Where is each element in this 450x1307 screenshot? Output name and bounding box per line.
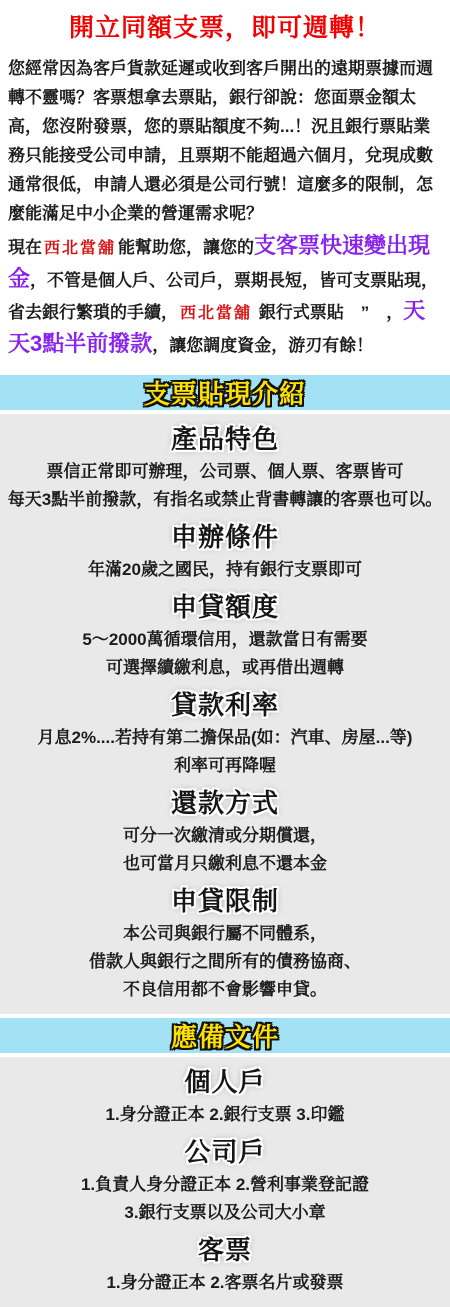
section-line: 本公司與銀行屬不同體系， [4,920,446,948]
documents-section: 個人戶 1.身分證正本 2.銀行支票 3.印鑑 公司戶 1.負責人身分證正本 2… [0,1057,450,1307]
section-line: 票信正常即可辦理，公司票、個人票、客票皆可 [4,458,446,486]
section-title-features: 產品特色 [0,424,450,455]
section-line: 1.身分證正本 2.銀行支票 3.印鑑 [4,1101,446,1129]
intro-band-title: 支票貼現介紹 [144,374,306,411]
section-line: 借款人與銀行之間所有的債務協商、 [4,948,446,976]
brand-name: 西北當舖 [178,305,254,322]
section-title-loan-amount: 申貸額度 [0,592,450,623]
section-line: 1.負責人身分證正本 2.營利事業登記證 [4,1171,446,1199]
section-line: 不良信用都不會影響申貸。 [4,976,446,1004]
promo-paragraph: 現在西北當舖能幫助您，讓您的支客票快速變出現金，不管是個人戶、公司戶，票期長短，… [8,231,442,361]
section-line: 也可當月只繳利息不還本金 [4,850,446,878]
section-title-company: 公司戶 [0,1137,450,1168]
brand-name: 西北當舖 [42,240,118,257]
section-line: 可選擇續繳利息，或再借出週轉 [4,654,446,682]
documents-band-title: 應備文件 [171,1017,279,1054]
section-line: 5～2000萬循環信用，還款當日有需要 [4,626,446,654]
intro-band: 支票貼現介紹 [0,375,450,410]
section-line: 利率可再降喔 [4,752,446,780]
section-title-interest-rate: 貸款利率 [0,690,450,721]
section-title-conditions: 申辦條件 [0,522,450,553]
documents-band: 應備文件 [0,1018,450,1053]
section-title-customer-check: 客票 [0,1235,450,1266]
promo-text-1: 現在 [8,238,42,257]
promo-text-4: 銀行式票貼 ” ， [254,303,403,322]
section-line: 可分一次繳清或分期償還， [4,822,446,850]
intro-paragraph: 您經常因為客戶貨款延遲或收到客戶開出的遠期票據而週轉不靈嗎？客票想拿去票貼，銀行… [8,54,442,228]
section-line: 1.身分證正本 2.客票名片或發票 [4,1269,446,1297]
section-line: 年滿20歲之國民，持有銀行支票即可 [4,556,446,584]
promo-text-2: 能幫助您，讓您的 [118,238,254,257]
section-line: 3.銀行支票以及公司大小章 [4,1199,446,1227]
page-title: 開立同額支票，即可週轉！ [0,11,450,45]
section-title-repayment: 還款方式 [0,788,450,819]
section-line: 每天3點半前撥款，有指名或禁止背書轉讓的客票也可以。 [4,486,446,514]
promo-text-5: ，讓您調度資金，游刃有餘！ [152,336,373,355]
section-title-individual: 個人戶 [0,1067,450,1098]
section-line: 月息2%....若持有第二擔保品(如：汽車、房屋...等) [4,724,446,752]
section-title-restrictions: 申貸限制 [0,886,450,917]
intro-details-section: 產品特色 票信正常即可辦理，公司票、個人票、客票皆可 每天3點半前撥款，有指名或… [0,414,450,1014]
